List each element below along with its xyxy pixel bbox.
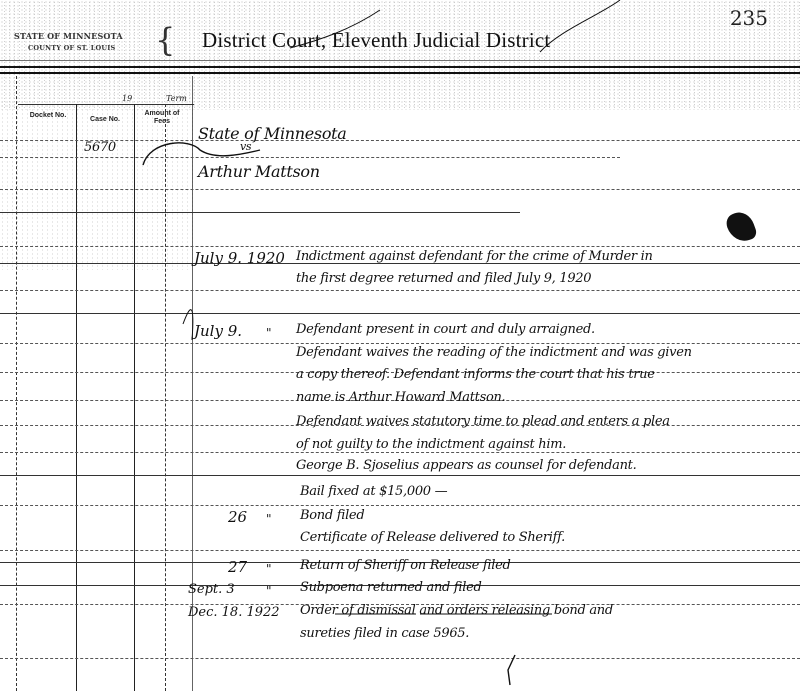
row-line <box>0 313 800 314</box>
column-header-rule <box>18 104 194 105</box>
case-number: 5670 <box>84 140 116 155</box>
scan-noise-top <box>0 0 800 110</box>
header-rule-thin <box>0 60 800 61</box>
entry-line: Indictment against defendant for the cri… <box>296 249 653 264</box>
entry-line: George B. Sjoselius appears as counsel f… <box>296 458 636 473</box>
versus-label: vs <box>240 140 251 153</box>
row-line <box>0 189 800 190</box>
ditto-mark: " <box>266 512 272 526</box>
ditto-mark: " <box>266 584 272 598</box>
entry-line: of not guilty to the indictment against … <box>296 437 566 452</box>
column-line-2 <box>134 104 135 691</box>
column-line-3 <box>165 104 166 691</box>
column-line-4 <box>192 76 193 691</box>
column-line-1 <box>76 104 77 691</box>
state-county-label: State of Minnesota County of St. Louis <box>14 30 164 54</box>
entry-date: Dec. 18. 1922 <box>188 605 280 620</box>
row-line <box>0 505 800 506</box>
entry-line: Defendant waives the reading of the indi… <box>296 345 692 360</box>
amount-of-fees-header: Amount of Fees <box>136 110 188 126</box>
column-line-0 <box>16 76 17 691</box>
row-line <box>0 452 800 453</box>
entry-line: Return of Sheriff on Release filed <box>300 558 511 573</box>
court-title: District Court, Eleventh Judicial Distri… <box>202 28 550 53</box>
row-line <box>0 343 800 344</box>
header-rule-1 <box>0 66 800 68</box>
row-line <box>0 246 800 247</box>
entry-line: a copy thereof. Defendant informs the co… <box>296 367 655 382</box>
term-label: Term <box>166 94 187 103</box>
plaintiff-name: State of Minnesota <box>198 124 347 143</box>
entry-date: 27 <box>228 558 247 576</box>
defendant-name: Arthur Mattson <box>198 162 320 181</box>
entry-date: 26 <box>228 508 247 526</box>
entry-line: Bail fixed at $15,000 — <box>300 484 447 499</box>
row-line <box>0 212 520 213</box>
ditto-mark: " <box>266 562 272 576</box>
entry-date: July 9. 1920 <box>194 249 285 267</box>
row-line <box>0 658 800 659</box>
row-line <box>0 550 800 551</box>
entry-line: name is Arthur Howard Mattson. <box>296 390 505 405</box>
year-mark: 19 <box>122 94 132 103</box>
ditto-mark: " <box>266 326 272 340</box>
entry-line: the first degree returned and filed July… <box>296 271 591 286</box>
brace-glyph: { <box>155 24 175 56</box>
row-line <box>0 140 800 141</box>
entry-line: Defendant waives statutory time to plead… <box>296 414 670 429</box>
state-label: State of Minnesota <box>14 30 164 42</box>
row-line <box>0 290 800 291</box>
entry-line: Defendant present in court and duly arra… <box>296 322 595 337</box>
entry-date: Sept. 3 <box>188 582 235 597</box>
entry-line: Certificate of Release delivered to Sher… <box>300 530 565 545</box>
county-label: County of St. Louis <box>14 42 164 54</box>
entry-line: Order of dismissal and orders releasing … <box>300 603 613 618</box>
docket-no-header: Docket No. <box>24 112 72 120</box>
ink-blot <box>724 208 759 245</box>
entry-date: July 9. <box>194 322 242 340</box>
row-line <box>0 475 800 476</box>
entry-line: Bond filed <box>300 508 364 523</box>
entry-line: Subpoena returned and filed <box>300 580 482 595</box>
header-rule-2 <box>0 72 800 74</box>
case-no-header: Case No. <box>80 116 130 124</box>
page-number: 235 <box>730 6 768 30</box>
row-line <box>0 157 620 158</box>
entry-line: sureties filed in case 5965. <box>300 626 469 641</box>
